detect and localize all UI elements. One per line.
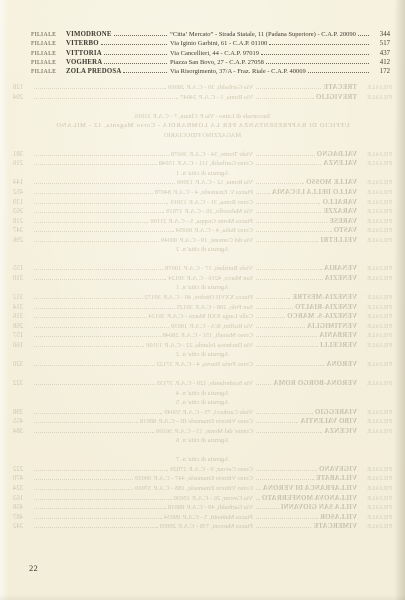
- bleedthrough-text: FILIALE TRECATE Via Garibaldi, 30 - C.A.…: [13, 83, 392, 541]
- branch-page-number: 160: [13, 341, 31, 351]
- bleedthrough-row: FILIALE TREVIGLIO Via Roma, 1 - C.A.P. 2…: [13, 93, 392, 103]
- branch-label: FILIALE: [357, 160, 392, 170]
- branch-name: ZOLA PREDOSA: [66, 67, 121, 76]
- branch-name-cell: VIAREGGIO: [253, 408, 357, 418]
- dot-leader: [256, 422, 298, 423]
- dot-leader: [34, 317, 147, 318]
- dot-leader: [34, 203, 168, 204]
- branch-page-number: 344: [372, 30, 390, 39]
- branch-address: “Citta’ Mercato” - Strada Statale, 11 (P…: [170, 30, 356, 39]
- dot-leader: [34, 298, 143, 299]
- branch-name-cell: VENEZIA-S. MARCO: [253, 312, 357, 322]
- branch-address: Via Garibaldi, 30 - C.A.P. 28069: [168, 83, 253, 93]
- branch-address-cell: Corso Vittorio Emanuele III - C.A.P. 880…: [31, 417, 253, 427]
- branch-name: VARESE: [329, 217, 357, 227]
- dot-leader: [256, 98, 314, 99]
- branch-address: Piazza San Bovo, 27 - C.A.P. 27058: [170, 58, 264, 67]
- bleedthrough-row: FILIALE VENEZIA-S. MARCO Calle Larga XXI…: [13, 312, 392, 322]
- bleedthrough-row: FILIALE VENARIA Viale Buridani, 17 - C.A…: [13, 264, 392, 274]
- dot-leader: [34, 193, 153, 194]
- branch-address-cell: Via Cavour, 26 - C.A.P. 15030: [31, 494, 253, 504]
- bleedthrough-row: FILIALE VELLETRI Via del Comune, 19 - C.…: [13, 236, 392, 246]
- branch-name: VIGEVANO: [319, 465, 357, 475]
- dot-leader: [101, 44, 167, 45]
- branch-name-cell: VENARIA: [253, 264, 357, 274]
- dot-leader: [34, 432, 154, 433]
- bleedthrough-center-line: MAGAZZINO FIDUCIARIO: [13, 131, 392, 141]
- bleedthrough-row: FILIALE VALLE MOSSO Via Roma, 12 - C.A.P…: [13, 178, 392, 188]
- branch-address: Corso Vittorio Emanuele, 447 - C.A.P. 90…: [135, 474, 253, 484]
- dot-leader: [266, 63, 369, 64]
- branch-address: Piazza V. Emanuele, 4 - C.A.P. 84078: [155, 188, 253, 198]
- branch-label: FILIALE: [357, 218, 392, 228]
- branch-page-number: 296: [13, 236, 31, 246]
- dot-leader: [34, 241, 159, 242]
- branch-address: Via Roma, 12 - C.A.P. 13060: [177, 178, 253, 188]
- branch-page-number: 458: [13, 503, 31, 513]
- dot-leader: [34, 231, 174, 232]
- bleedthrough-center-line: Agenzia di citta' n. 4: [13, 389, 392, 399]
- dot-leader: [256, 203, 320, 204]
- directory-row: FILIALE VITERBO Via Iginio Garbini, 61 -…: [31, 39, 390, 48]
- branch-name-cell: VITTORIA: [66, 49, 170, 58]
- branch-address: Via Ruffini, 8/A - C.A.P. 18039: [171, 322, 253, 332]
- branch-label: FILIALE: [357, 189, 392, 199]
- page-number: 22: [29, 563, 38, 573]
- branch-name-cell: VICENZA: [253, 427, 357, 437]
- branch-name-cell: VALDAGNO: [253, 150, 357, 160]
- branch-label: FILIALE: [357, 323, 392, 333]
- dot-leader: [256, 327, 305, 328]
- branch-page-number: 437: [372, 49, 390, 58]
- branch-name-cell: VERONA-BORGO ROMA: [253, 379, 357, 389]
- branch-name: VENARIA: [324, 264, 357, 274]
- bleedthrough-center-line: Agenzia di citta' n. 2: [13, 350, 392, 360]
- dot-leader: [256, 155, 315, 156]
- branch-name: VITERBO: [66, 39, 99, 48]
- branch-page-number: 155: [13, 264, 31, 274]
- branch-page-number: 455: [13, 417, 31, 427]
- branch-address: Piazza Matteotti, 5 - C.A.P. 09034: [164, 513, 253, 523]
- branch-label: FILIALE: [357, 418, 392, 428]
- bleedthrough-row: FILIALE VICENZA Contra' del Monte, 13 - …: [13, 427, 392, 437]
- bleedthrough-center-line: Agenzia di citta' n. 7: [13, 455, 392, 465]
- branch-address: Corso Italia, 4 - C.A.P. 66054: [176, 226, 253, 236]
- dot-leader: [256, 279, 323, 280]
- branch-address-cell: Piazza XXVII Ottobre, 40 - C.A.P. 30172: [31, 293, 253, 303]
- dot-leader: [34, 479, 133, 480]
- branch-label: FILIALE: [357, 361, 392, 371]
- dot-leader: [256, 193, 270, 194]
- dot-leader: [256, 346, 318, 347]
- branch-name: VILLABATE: [316, 474, 357, 484]
- branch-label: FILIALE: [357, 84, 392, 94]
- branch-page-number: 163: [13, 494, 31, 504]
- branch-label: FILIALE: [357, 428, 392, 438]
- branch-name: VILLASOR: [320, 513, 357, 523]
- branch-label: FILIALE: [357, 199, 392, 209]
- branch-label: FILIALE: [357, 265, 392, 275]
- branch-address: Via Duchessa Jolanda, 22 - C.A.P. 13100: [146, 341, 253, 351]
- dot-leader: [104, 54, 167, 55]
- branch-address: Via Garibaldi, 49 - C.A.P. 89018: [168, 503, 253, 513]
- branch-label: FILIALE: [357, 485, 392, 495]
- branch-name: VILLANOVA MONFERRATO: [262, 494, 357, 504]
- branch-address-cell: Viale Buridani, 17 - C.A.P. 10078: [31, 264, 253, 274]
- bleedthrough-row: FILIALE VALLO DELLA LUCANIA Piazza V. Em…: [13, 188, 392, 198]
- dot-leader: [256, 518, 318, 519]
- branch-name-cell: VASTO: [253, 226, 357, 236]
- branch-name-cell: VARESE: [253, 217, 357, 227]
- branch-address: Via Roma, 1 - C.A.P. 24047: [180, 93, 253, 103]
- branch-name: TRECATE: [323, 83, 357, 93]
- dot-leader: [34, 164, 157, 165]
- branch-page-number: 320: [13, 360, 31, 370]
- branch-address: Via Iginio Garbini, 61 - C.A.P. 01100: [170, 39, 267, 48]
- branch-name: VERBANIA: [319, 331, 357, 341]
- branch-label: FILIALE: [357, 504, 392, 514]
- branch-name: VERONA-BORGO ROMA: [273, 379, 357, 389]
- branch-name-cell: VARALLO: [253, 198, 357, 208]
- branch-page-number: 222: [13, 465, 31, 475]
- page-bottom-edge-shadow: [0, 594, 405, 600]
- branch-label: FILIALE: [357, 342, 392, 352]
- branch-name: VIBO VALENTIA: [300, 417, 357, 427]
- branch-address: San Marco, 4216 - C.A.P. 30124: [168, 274, 253, 284]
- bleedthrough-row: FILIALE VENEZIA San Marco, 4216 - C.A.P.…: [13, 274, 392, 284]
- directory-row: FILIALE VOGHERA Piazza San Bovo, 27 - C.…: [31, 58, 390, 67]
- branch-address-cell: Contra' del Monte, 13 - C.A.P. 36100: [31, 427, 253, 437]
- branch-name-cell: VENEZIA-RIALTO: [253, 303, 357, 313]
- branch-page-number: 412: [372, 58, 390, 67]
- dot-leader: [358, 35, 369, 36]
- dot-leader: [34, 183, 175, 184]
- branch-address-cell: Piazza V. Emanuele, 4 - C.A.P. 84078: [31, 188, 253, 198]
- branch-address-cell: Piazza Marconi, 7/B - C.A.P. 20059: [31, 522, 253, 532]
- dot-leader: [256, 317, 285, 318]
- dot-leader: [256, 88, 321, 89]
- branch-name-cell: VIMERCATE: [253, 522, 357, 532]
- branch-name-cell: TRECATE: [253, 83, 357, 93]
- branch-label: FILIALE: [357, 332, 392, 342]
- branch-page-number: 324: [13, 484, 31, 494]
- dot-leader: [34, 222, 148, 223]
- branch-name-cell: VIMODRONE: [66, 30, 170, 39]
- branch-label: FILIALE: [31, 40, 66, 49]
- branch-page-number: 157: [13, 331, 31, 341]
- branch-address-cell: Piazza Monte Grappa, 5 - C.A.P. 21100: [31, 217, 253, 227]
- branch-name: VENTIMIGLIA: [307, 322, 357, 332]
- dot-leader: [34, 489, 133, 490]
- branch-address-cell: Corso Roma, 31 - C.A.P. 13019: [31, 198, 253, 208]
- dot-leader: [34, 212, 164, 213]
- bleedthrough-row: FILIALE VIAREGGIO Viale Carducci, 75 - C…: [13, 408, 392, 418]
- branch-address: Viale Carducci, 75 - C.A.P. 55049: [164, 408, 253, 418]
- branch-label: FILIALE: [357, 237, 392, 247]
- bleedthrough-row: FILIALE VIGEVANO Corso Cavour, 9 - C.A.P…: [13, 465, 392, 475]
- dot-leader: [104, 63, 167, 64]
- branch-page-number: 517: [372, 39, 390, 48]
- branch-name: VENEZIA: [325, 274, 357, 284]
- branch-address-cell: San Marco, 4216 - C.A.P. 30124: [31, 274, 253, 284]
- branch-address: Corso Vittorio Emanuele III - C.A.P. 880…: [140, 417, 253, 427]
- dot-leader: [34, 308, 175, 309]
- branch-name: VENEZIA-MESTRE: [292, 293, 357, 303]
- branch-name: VALLO DELLA LUCANIA: [272, 188, 357, 198]
- branch-page-number: 342: [13, 522, 31, 532]
- branch-address: Viale Buridani, 17 - C.A.P. 10078: [165, 264, 253, 274]
- branch-address-cell: San Polo, 298 - C.A.P. 30125: [31, 303, 253, 313]
- branch-page-number: 384: [13, 427, 31, 437]
- branch-address-cell: Via del Comune, 19 - C.A.P. 00049: [31, 236, 253, 246]
- branch-label: FILIALE: [357, 495, 392, 505]
- branch-address: Piazza XXVII Ottobre, 40 - C.A.P. 30172: [145, 293, 253, 303]
- dot-leader: [34, 499, 172, 500]
- dot-leader: [34, 327, 169, 328]
- branch-name-cell: VALLO DELLA LUCANIA: [253, 188, 357, 198]
- branch-name-cell: VOGHERA: [66, 58, 170, 67]
- branch-name-cell: VIGEVANO: [253, 465, 357, 475]
- branch-name: VOGHERA: [66, 58, 102, 67]
- dot-leader: [256, 222, 327, 223]
- bleedthrough-center-line: Agenzia di citta' n. 1: [13, 283, 392, 293]
- branch-page-number: 310: [13, 274, 31, 284]
- branch-name-cell: VALLE MOSSO: [253, 178, 357, 188]
- directory-row: FILIALE VITTORIA Via Cancellieri, 44 - C…: [31, 49, 390, 58]
- bleedthrough-row: FILIALE VERONA Corso Porta Nuova, 4 - C.…: [13, 360, 392, 370]
- branch-name: VILLA SAN GIOVANNI: [281, 503, 357, 513]
- branch-page-number: 204: [13, 93, 31, 103]
- branch-name: VILLAFRANCA DI VERONA: [263, 484, 357, 494]
- branch-address-cell: Piazza San Bovo, 27 - C.A.P. 27058: [170, 58, 372, 67]
- dot-leader: [256, 164, 321, 165]
- branch-name-cell: VILLAFRANCA DI VERONA: [253, 484, 357, 494]
- bleedthrough-center-line: Agenzia di citta' n. 1: [13, 169, 392, 179]
- branch-address-cell: Corso Mameli, 151 - C.A.P. 28048: [31, 331, 253, 341]
- branch-page-number: 312: [13, 293, 31, 303]
- branch-address: Corso Porta Nuova, 4 - C.A.P. 37122: [157, 360, 253, 370]
- bleedthrough-row: FILIALE VILLAFRANCA DI VERONA Corso Vitt…: [13, 484, 392, 494]
- bleedthrough-row: FILIALE VARAZZE Via Malocello, 26 - C.A.…: [13, 207, 392, 217]
- dot-leader: [114, 35, 167, 36]
- branch-address: Corso Vittorio Emanuele, 188 - C.A.P. 37…: [135, 484, 253, 494]
- branch-name: VIMODRONE: [66, 30, 112, 39]
- branch-name-cell: VILLABATE: [253, 474, 357, 484]
- bleedthrough-center-line: Agenzia di citta' n. 2: [13, 245, 392, 255]
- branch-name: VERONA: [326, 360, 357, 370]
- branch-page-number: 144: [13, 178, 31, 188]
- directory-row: FILIALE ZOLA PREDOSA Via Risorgimento, 3…: [31, 67, 390, 76]
- branch-name: VENEZIA-S. MARCO: [287, 312, 357, 322]
- branch-page-number: 314: [13, 303, 31, 313]
- branch-name-cell: TREVIGLIO: [253, 93, 357, 103]
- bleedthrough-row: FILIALE VILLABATE Corso Vittorio Emanuel…: [13, 474, 392, 484]
- bleedthrough-row: FILIALE VILLASOR Piazza Matteotti, 5 - C…: [13, 513, 392, 523]
- branch-label: FILIALE: [31, 31, 66, 40]
- dot-leader: [34, 384, 155, 385]
- branch-name: VITTORIA: [66, 49, 102, 58]
- branch-name: VALENZA: [323, 159, 357, 169]
- branch-address: Via del Comune, 19 - C.A.P. 00049: [161, 236, 253, 246]
- bleedthrough-row: FILIALE VARALLO Corso Roma, 31 - C.A.P. …: [13, 198, 392, 208]
- branch-address-cell: Corso Vittorio Emanuele, 188 - C.A.P. 37…: [31, 484, 253, 494]
- bleedthrough-row: FILIALE VALDAGNO Viale Trento, 34 - C.A.…: [13, 150, 392, 160]
- branch-label: FILIALE: [31, 59, 66, 68]
- branch-name-cell: VENEZIA: [253, 274, 357, 284]
- bleedthrough-row: FILIALE VALENZA Corso Garibaldi, 111 - C…: [13, 159, 392, 169]
- branch-name: VALDAGNO: [317, 150, 357, 160]
- dot-leader: [34, 413, 162, 414]
- branch-address-cell: Corso Garibaldi, 111 - C.A.P. 15048: [31, 159, 253, 169]
- dot-leader: [256, 384, 271, 385]
- branch-name: VARAZZE: [323, 207, 357, 217]
- branch-address: Via Risorgimento, 37/A - Fraz. Riale - C…: [170, 67, 306, 76]
- directory-section: FILIALE VIMODRONE “Citta’ Mercato” - Str…: [31, 30, 390, 76]
- branch-name-cell: VILLANOVA MONFERRATO: [253, 494, 357, 504]
- dot-leader: [256, 336, 317, 337]
- branch-name: VIAREGGIO: [315, 408, 357, 418]
- dot-leader: [256, 183, 304, 184]
- bleedthrough-row: FILIALE VERONA-BORGO ROMA Via Scuderland…: [13, 379, 392, 389]
- branch-name: VALLE MOSSO: [306, 178, 357, 188]
- branch-name-cell: VARAZZE: [253, 207, 357, 217]
- dot-leader: [256, 308, 293, 309]
- branch-address: Piazza Marconi, 7/B - C.A.P. 20059: [160, 522, 253, 532]
- branch-address-cell: Viale Carducci, 75 - C.A.P. 55049: [31, 408, 253, 418]
- branch-name-cell: VILLASOR: [253, 513, 357, 523]
- branch-page-number: 263: [13, 207, 31, 217]
- branch-address-cell: Via Ruffini, 8/A - C.A.P. 18039: [31, 322, 253, 332]
- directory-row: FILIALE VIMODRONE “Citta’ Mercato” - Str…: [31, 30, 390, 39]
- page-left-edge-highlight: [0, 0, 9, 600]
- branch-name-cell: VENTIMIGLIA: [253, 322, 357, 332]
- dot-leader: [34, 518, 162, 519]
- bleedthrough-row: FILIALE VILLANOVA MONFERRATO Via Cavour,…: [13, 494, 392, 504]
- dot-leader: [256, 432, 322, 433]
- bleedthrough-row: FILIALE VASTO Corso Italia, 4 - C.A.P. 6…: [13, 226, 392, 236]
- branch-address-cell: “Citta’ Mercato” - Strada Statale, 11 (P…: [170, 30, 372, 39]
- bleedthrough-row: FILIALE VARESE Piazza Monte Grappa, 5 - …: [13, 217, 392, 227]
- branch-address-cell: Via Roma, 12 - C.A.P. 13060: [31, 178, 253, 188]
- branch-label: FILIALE: [31, 50, 66, 59]
- branch-address: Contra' del Monte, 13 - C.A.P. 36100: [156, 427, 253, 437]
- branch-label: FILIALE: [31, 68, 66, 77]
- branch-address-cell: Via Garibaldi, 49 - C.A.P. 89018: [31, 503, 253, 513]
- branch-label: FILIALE: [357, 294, 392, 304]
- branch-name-cell: VIBO VALENTIA: [253, 417, 357, 427]
- dot-leader: [34, 422, 138, 423]
- page-right-edge-shadow: [394, 0, 405, 600]
- scanned-page: FILIALE TRECATE Via Garibaldi, 30 - C.A.…: [0, 0, 405, 600]
- dot-leader: [34, 98, 178, 99]
- branch-label: FILIALE: [357, 208, 392, 218]
- branch-address-cell: Via Cancellieri, 44 - C.A.P. 97019: [170, 49, 372, 58]
- branch-address-cell: Via Duchessa Jolanda, 22 - C.A.P. 13100: [31, 341, 253, 351]
- bleedthrough-row: FILIALE TRECATE Via Garibaldi, 30 - C.A.…: [13, 83, 392, 93]
- branch-label: FILIALE: [357, 304, 392, 314]
- branch-address: San Polo, 298 - C.A.P. 30125: [177, 303, 253, 313]
- dot-leader: [34, 269, 163, 270]
- dot-leader: [34, 527, 158, 528]
- branch-address: Via Cavour, 26 - C.A.P. 15030: [174, 494, 253, 504]
- dot-leader: [34, 508, 166, 509]
- bleedthrough-row: FILIALE VIMERCATE Piazza Marconi, 7/B - …: [13, 522, 392, 532]
- branch-page-number: 470: [13, 474, 31, 484]
- branch-label: FILIALE: [357, 475, 392, 485]
- branch-name-cell: VALENZA: [253, 159, 357, 169]
- branch-label: FILIALE: [357, 466, 392, 476]
- bleedthrough-row: FILIALE VIBO VALENTIA Corso Vittorio Ema…: [13, 417, 392, 427]
- branch-address-cell: Corso Italia, 4 - C.A.P. 66054: [31, 226, 253, 236]
- branch-name: VENEZIA-RIALTO: [295, 303, 357, 313]
- branch-page-number: 347: [13, 226, 31, 236]
- branch-address-cell: Corso Vittorio Emanuele, 447 - C.A.P. 90…: [31, 474, 253, 484]
- branch-address-cell: Viale Trento, 34 - C.A.P. 36078: [31, 150, 253, 160]
- dot-leader: [34, 365, 155, 366]
- branch-address-cell: Via Scuderlando, 120 - C.A.P. 37135: [31, 379, 253, 389]
- branch-name-cell: ZOLA PREDOSA: [66, 67, 170, 76]
- dot-leader: [34, 155, 169, 156]
- branch-address: Corso Mameli, 151 - C.A.P. 28048: [163, 331, 253, 341]
- branch-label: FILIALE: [357, 275, 392, 285]
- dot-leader: [256, 508, 279, 509]
- branch-name: VERCELLI: [320, 341, 357, 351]
- branch-label: FILIALE: [357, 94, 392, 104]
- dot-leader: [269, 44, 369, 45]
- branch-name: VELLETRI: [320, 236, 357, 246]
- branch-page-number: 268: [13, 322, 31, 332]
- dot-leader: [256, 365, 324, 366]
- branch-page-number: 218: [13, 217, 31, 227]
- branch-name-cell: VITERBO: [66, 39, 170, 48]
- dot-leader: [256, 298, 290, 299]
- branch-address: Via Scuderlando, 120 - C.A.P. 37135: [157, 379, 253, 389]
- branch-address-cell: Calle Larga XXII Marzo - C.A.P. 30124: [31, 312, 253, 322]
- dot-leader: [256, 212, 321, 213]
- branch-label: FILIALE: [357, 514, 392, 524]
- dot-leader: [256, 241, 318, 242]
- branch-name: VIMERCATE: [313, 522, 357, 532]
- branch-page-number: 398: [13, 408, 31, 418]
- bleedthrough-center-line: Agenzia di citta' n. 5: [13, 398, 392, 408]
- dot-leader: [256, 269, 322, 270]
- branch-address-cell: Via Risorgimento, 37/A - Fraz. Riale - C…: [170, 67, 372, 76]
- branch-page-number: 172: [372, 67, 390, 76]
- bleedthrough-row: FILIALE VERCELLI Via Duchessa Jolanda, 2…: [13, 341, 392, 351]
- branch-page-number: 216: [13, 159, 31, 169]
- dot-leader: [261, 54, 369, 55]
- branch-name: VASTO: [334, 226, 357, 236]
- dot-leader: [34, 88, 166, 89]
- branch-label: FILIALE: [357, 409, 392, 419]
- branch-label: FILIALE: [357, 151, 392, 161]
- branch-name: TREVIGLIO: [316, 93, 357, 103]
- dot-leader: [256, 489, 261, 490]
- dot-leader: [308, 72, 369, 73]
- branch-page-number: 487: [13, 513, 31, 523]
- branch-name-cell: VERBANIA: [253, 331, 357, 341]
- branch-address: Piazza Monte Grappa, 5 - C.A.P. 21100: [150, 217, 253, 227]
- branch-address: Corso Cavour, 9 - C.A.P. 27029: [170, 465, 253, 475]
- branch-address: Calle Larga XXII Marzo - C.A.P. 30124: [149, 312, 253, 322]
- branch-label: FILIALE: [357, 179, 392, 189]
- dot-leader: [256, 231, 332, 232]
- dot-leader: [123, 72, 167, 73]
- dot-leader: [34, 336, 161, 337]
- bleedthrough-center-line: Succursale di Luino - Via P. Chiara, 7 -…: [13, 112, 392, 122]
- dot-leader: [256, 470, 317, 471]
- branch-address: Via Cancellieri, 44 - C.A.P. 97019: [170, 49, 259, 58]
